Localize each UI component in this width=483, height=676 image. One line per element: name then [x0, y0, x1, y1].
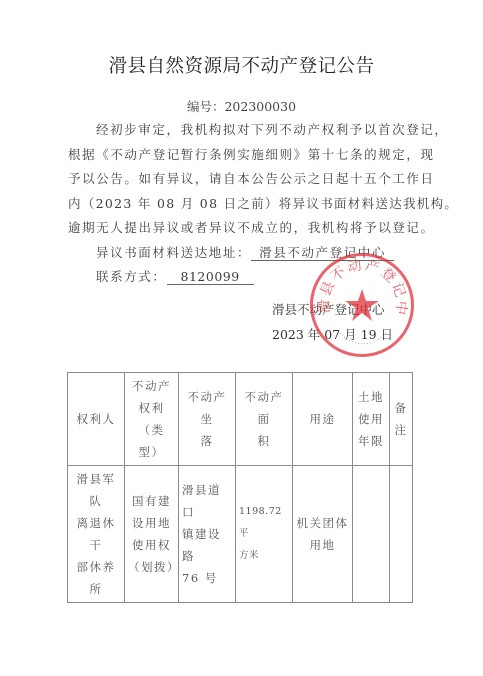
- header-location: 不动产坐 落: [179, 373, 236, 466]
- header-holder: 权利人: [68, 373, 125, 466]
- body-line: 逾期无人提出异议或者异议不成立的，我机构将予以登记。: [68, 216, 435, 241]
- document-number-label: 编号：: [187, 99, 225, 114]
- table-header-row: 权利人 不动产 权利（类 型） 不动产坐 落 不动产面 积 用途 土地 使用 年…: [68, 373, 413, 466]
- cell-holder: 滑县军队 离退休干 部休养所: [68, 466, 125, 603]
- header-land-term: 土地 使用 年限: [353, 373, 390, 466]
- header-usage: 用途: [293, 373, 353, 466]
- cell-usage: 机关团体 用地: [293, 466, 353, 603]
- cell-land-term: [353, 466, 390, 603]
- registration-table: 权利人 不动产 权利（类 型） 不动产坐 落 不动产面 积 用途 土地 使用 年…: [67, 372, 413, 603]
- body-line: 内（2023 年 08 月 08 日之前）将异议书面材料送达我机构。: [68, 192, 458, 217]
- contact-value: 8120099: [167, 269, 254, 285]
- cell-area: 1198.72 平 方米: [236, 466, 293, 603]
- objection-address-label: 异议书面材料送达地址：: [96, 245, 251, 260]
- header-remark: 备 注: [390, 373, 413, 466]
- cell-location: 滑县道口 镇建设路 76 号: [179, 466, 236, 603]
- header-area: 不动产面 积: [236, 373, 293, 466]
- header-right-type: 不动产 权利（类 型）: [125, 373, 179, 466]
- body-line: 根据《不动产登记暂行条例实施细则》第十七条的规定，现: [68, 143, 435, 168]
- document-number: 编号：202300030: [0, 97, 483, 115]
- body-line: 予以公告。如有异议，请自本公告公示之日起十五个工作日: [68, 167, 435, 192]
- contact: 联系方式：8120099: [96, 265, 254, 290]
- contact-label: 联系方式：: [96, 269, 167, 284]
- cell-right-type: 国有建 设用地 使用权 （划拨）: [125, 466, 179, 603]
- page-title: 滑县自然资源局不动产登记公告: [0, 52, 483, 78]
- document-number-value: 202300030: [224, 99, 296, 114]
- official-seal: 滑县不动产登记中心: [310, 253, 414, 357]
- cell-remark: [390, 466, 413, 603]
- table-row: 滑县军队 离退休干 部休养所 国有建 设用地 使用权 （划拨） 滑县道口 镇建设…: [68, 466, 413, 603]
- body-line: 经初步审定，我机构拟对下列不动产权利予以首次登记，: [96, 118, 449, 143]
- seal-star-icon: 滑县不动产登记中心: [310, 253, 414, 357]
